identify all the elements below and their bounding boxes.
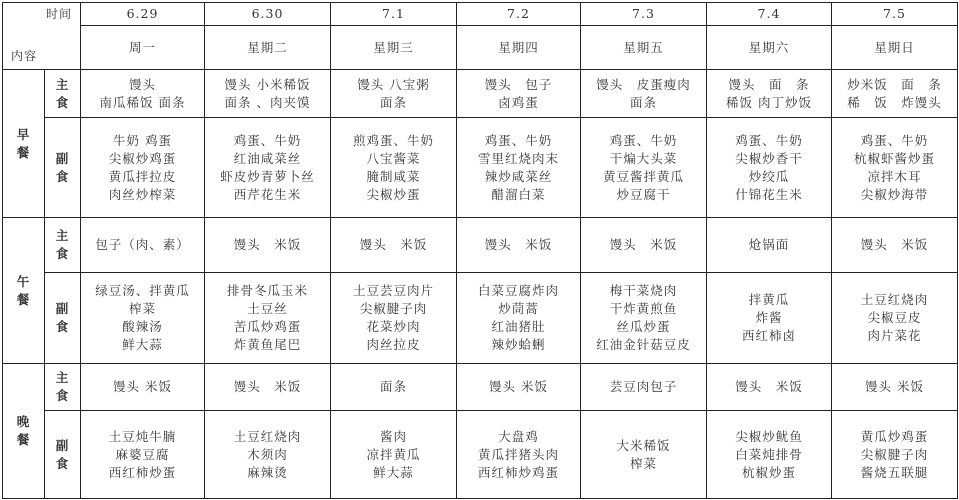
staple-dish-cell: 馒头 八宝粥面条 — [331, 70, 457, 118]
dish-line: 土豆红烧肉 — [207, 428, 328, 446]
meal-name-char: 餐 — [5, 144, 42, 162]
dish-line: 馒头 米饭 — [459, 236, 578, 254]
dish-line: 尖椒腱子肉 — [333, 300, 454, 318]
side-dish-cell: 鸡蛋、牛奶雪里红烧肉末辣炒咸菜丝醋溜白菜 — [457, 118, 581, 218]
dish-line: 西芹花生米 — [207, 186, 328, 204]
category-char: 主 — [47, 76, 78, 94]
staple-dish-cell: 馒头 皮蛋瘦肉面条 — [581, 70, 707, 118]
dish-line: 木须肉 — [207, 446, 328, 464]
dish-line: 炸酱 — [709, 309, 829, 327]
staple-dish-cell: 炝锅面 — [707, 218, 832, 273]
dish-line: 西红柿卤 — [709, 327, 829, 345]
weekday-row: 内容 周一 星期二 星期三 星期四 星期五 星期六 星期日 — [3, 26, 958, 70]
dish-line: 红油猪肚 — [459, 318, 578, 336]
dish-line: 馒头 米饭 — [207, 236, 328, 254]
dish-line: 尖椒豆皮 — [834, 309, 955, 327]
meal-row-staple: 午餐主食包子（肉、素）馒头 米饭馒头 米饭馒头 米饭馒头 米饭炝锅面馒头 米饭 — [3, 218, 958, 273]
dish-line: 馒头 — [83, 76, 202, 94]
dish-line: 尖椒炒香干 — [709, 150, 829, 168]
dish-line: 炒茼蒿 — [459, 300, 578, 318]
staple-dish-cell: 馒头 米饭 — [832, 218, 958, 273]
meal-row-staple: 晚餐主食馒头 米饭馒头 米饭面条馒头 米饭芸豆肉包子馒头 米饭馒头 米饭 — [3, 364, 958, 411]
staple-dish-cell: 馒头 米饭 — [707, 364, 832, 411]
dish-line: 馒头 米饭 — [83, 378, 202, 396]
side-dish-cell: 土豆炖牛腩麻婆豆腐西红柿炒蛋 — [81, 411, 205, 499]
side-dish-cell: 鸡蛋、牛奶尖椒炒香干炒绞瓜什锦花生米 — [707, 118, 832, 218]
date-cell: 7.5 — [832, 3, 958, 26]
dish-line: 牛奶 鸡蛋 — [83, 132, 202, 150]
date-row: 时间 6.29 6.30 7.1 7.2 7.3 7.4 7.5 — [3, 3, 958, 26]
category-char: 食 — [47, 168, 78, 186]
side-dish-cell: 煎鸡蛋、牛奶八宝酱菜腌制咸菜尖椒炒蛋 — [331, 118, 457, 218]
staple-dish-cell: 面条 — [331, 364, 457, 411]
category-char: 主 — [47, 227, 78, 245]
dish-line: 鸡蛋、牛奶 — [834, 132, 955, 150]
dish-line: 麻辣烫 — [207, 464, 328, 482]
staple-category-cell: 主食 — [45, 70, 81, 118]
dish-line: 鲜大蒜 — [83, 336, 202, 354]
dish-line: 酱烧五联腿 — [834, 464, 955, 482]
side-dish-cell: 鸡蛋、牛奶红油咸菜丝虾皮炒青萝卜丝西芹花生米 — [205, 118, 331, 218]
dish-line: 黄瓜拌拉皮 — [83, 168, 202, 186]
dish-line: 白菜炖排骨 — [709, 446, 829, 464]
meal-row-side: 副食土豆炖牛腩麻婆豆腐西红柿炒蛋土豆红烧肉木须肉麻辣烫酱肉凉拌黄瓜鲜大蒜大盘鸡黄… — [3, 411, 958, 499]
corner-header-bottom: 内容 — [3, 26, 81, 70]
side-dish-cell: 绿豆汤、拌黄瓜榨菜酸辣汤鲜大蒜 — [81, 273, 205, 364]
category-char: 副 — [47, 300, 78, 318]
dish-line: 馒头 米饭 — [834, 378, 955, 396]
dish-line: 凉拌木耳 — [834, 168, 955, 186]
dish-line: 面条 — [333, 94, 454, 112]
dish-line: 醋溜白菜 — [459, 186, 578, 204]
dish-line: 虾皮炒青萝卜丝 — [207, 168, 328, 186]
dish-line: 酸辣汤 — [83, 318, 202, 336]
staple-dish-cell: 包子（肉、素） — [81, 218, 205, 273]
weekday-cell: 星期六 — [707, 26, 832, 70]
staple-dish-cell: 馒头 米饭 — [331, 218, 457, 273]
dish-line: 辣炒咸菜丝 — [459, 168, 578, 186]
side-dish-cell: 大盘鸡黄瓜拌猪头肉西红柿炒鸡蛋 — [457, 411, 581, 499]
dish-line: 土豆炖牛腩 — [83, 428, 202, 446]
meal-row-side: 副食牛奶 鸡蛋尖椒炒鸡蛋黄瓜拌拉皮肉丝炒榨菜鸡蛋、牛奶红油咸菜丝虾皮炒青萝卜丝西… — [3, 118, 958, 218]
staple-category-cell: 主食 — [45, 218, 81, 273]
side-category-cell: 副食 — [45, 273, 81, 364]
dish-line: 凉拌黄瓜 — [333, 446, 454, 464]
dish-line: 鸡蛋、牛奶 — [207, 132, 328, 150]
category-char: 主 — [47, 369, 78, 387]
dish-line: 馒头 米饭 — [709, 378, 829, 396]
category-char: 食 — [47, 387, 78, 405]
dish-line: 榨菜 — [83, 300, 202, 318]
dish-line: 炝锅面 — [709, 236, 829, 254]
dish-line: 西红柿炒鸡蛋 — [459, 464, 578, 482]
dish-line: 肉片菜花 — [834, 327, 955, 345]
dish-line: 黄瓜拌猪头肉 — [459, 446, 578, 464]
dish-line: 红油咸菜丝 — [207, 150, 328, 168]
dish-line: 八宝酱菜 — [333, 150, 454, 168]
dish-line: 炒绞瓜 — [709, 168, 829, 186]
dish-line: 鲜大蒜 — [333, 464, 454, 482]
dish-line: 麻婆豆腐 — [83, 446, 202, 464]
category-char: 副 — [47, 437, 78, 455]
date-cell: 7.4 — [707, 3, 832, 26]
dish-line: 肉丝炒榨菜 — [83, 186, 202, 204]
dish-line: 拌黄瓜 — [709, 291, 829, 309]
dish-line: 馒头 包子 — [459, 76, 578, 94]
meal-row-staple: 早餐主食馒头南瓜稀饭 面条馒头 小米稀饭面条 、肉夹馍馒头 八宝粥面条馒头 包子… — [3, 70, 958, 118]
dish-line: 大米稀饭 — [583, 437, 704, 455]
meal-row-side: 副食绿豆汤、拌黄瓜榨菜酸辣汤鲜大蒜排骨冬瓜玉米土豆丝苦瓜炒鸡蛋炸黄鱼尾巴土豆芸豆… — [3, 273, 958, 364]
dish-line: 酱肉 — [333, 428, 454, 446]
weekday-cell: 星期五 — [581, 26, 707, 70]
dish-line: 稀 饭 炸馒头 — [834, 94, 955, 112]
dish-line: 芸豆肉包子 — [583, 378, 704, 396]
dish-line: 丝瓜炒蛋 — [583, 318, 704, 336]
dish-line: 面条 — [333, 378, 454, 396]
side-dish-cell: 尖椒炒鱿鱼白菜炖排骨杭椒炒蛋 — [707, 411, 832, 499]
weekday-cell: 星期二 — [205, 26, 331, 70]
dish-line: 黄瓜炒鸡蛋 — [834, 428, 955, 446]
side-dish-cell: 鸡蛋、牛奶干煸大头菜黄豆酱拌黄瓜炒豆腐干 — [581, 118, 707, 218]
dish-line: 馒头 八宝粥 — [333, 76, 454, 94]
side-dish-cell: 排骨冬瓜玉米土豆丝苦瓜炒鸡蛋炸黄鱼尾巴 — [205, 273, 331, 364]
dish-line: 炸黄鱼尾巴 — [207, 336, 328, 354]
dish-line: 杭椒虾酱炒蛋 — [834, 150, 955, 168]
dish-line: 馒头 小米稀饭 — [207, 76, 328, 94]
dish-line: 馒头 米饭 — [583, 236, 704, 254]
date-cell: 7.2 — [457, 3, 581, 26]
dish-line: 馒头 米饭 — [459, 378, 578, 396]
dish-line: 大盘鸡 — [459, 428, 578, 446]
dish-line: 什锦花生米 — [709, 186, 829, 204]
dish-line: 干炸黄煎鱼 — [583, 300, 704, 318]
side-category-cell: 副食 — [45, 118, 81, 218]
dish-line: 红油金针菇豆皮 — [583, 336, 704, 354]
weekday-cell: 星期四 — [457, 26, 581, 70]
dish-line: 馒头 米饭 — [207, 378, 328, 396]
staple-dish-cell: 馒头 小米稀饭面条 、肉夹馍 — [205, 70, 331, 118]
meal-name-char: 早 — [5, 126, 42, 144]
date-cell: 6.29 — [81, 3, 205, 26]
date-cell: 6.30 — [205, 3, 331, 26]
dish-line: 辣炒蛤蜊 — [459, 336, 578, 354]
staple-dish-cell: 芸豆肉包子 — [581, 364, 707, 411]
weekday-cell: 周一 — [81, 26, 205, 70]
dish-line: 西红柿炒蛋 — [83, 464, 202, 482]
category-char: 食 — [47, 94, 78, 112]
dish-line: 花菜炒肉 — [333, 318, 454, 336]
category-char: 食 — [47, 245, 78, 263]
staple-dish-cell: 炒米饭 面 条稀 饭 炸馒头 — [832, 70, 958, 118]
staple-dish-cell: 馒头 米饭 — [205, 218, 331, 273]
category-char: 副 — [47, 150, 78, 168]
time-label: 时间 — [46, 5, 72, 23]
side-category-cell: 副食 — [45, 411, 81, 499]
dish-line: 炒豆腐干 — [583, 186, 704, 204]
dish-line: 馒头 米饭 — [834, 236, 955, 254]
dish-line: 尖椒炒蛋 — [333, 186, 454, 204]
dish-line: 排骨冬瓜玉米 — [207, 282, 328, 300]
meal-name-char: 午 — [5, 273, 42, 291]
dish-line: 土豆芸豆肉片 — [333, 282, 454, 300]
dish-line: 鸡蛋、牛奶 — [459, 132, 578, 150]
staple-dish-cell: 馒头 米饭 — [581, 218, 707, 273]
content-label: 内容 — [11, 47, 37, 65]
dish-line: 黄豆酱拌黄瓜 — [583, 168, 704, 186]
staple-dish-cell: 馒头 米饭 — [205, 364, 331, 411]
date-cell: 7.1 — [331, 3, 457, 26]
staple-dish-cell: 馒头南瓜稀饭 面条 — [81, 70, 205, 118]
dish-line: 尖椒炒鸡蛋 — [83, 150, 202, 168]
side-dish-cell: 土豆红烧肉木须肉麻辣烫 — [205, 411, 331, 499]
side-dish-cell: 梅干菜烧肉干炸黄煎鱼丝瓜炒蛋红油金针菇豆皮 — [581, 273, 707, 364]
dish-line: 尖椒炒海带 — [834, 186, 955, 204]
side-dish-cell: 大米稀饭榨菜 — [581, 411, 707, 499]
side-dish-cell: 鸡蛋、牛奶杭椒虾酱炒蛋凉拌木耳尖椒炒海带 — [832, 118, 958, 218]
dish-line: 煎鸡蛋、牛奶 — [333, 132, 454, 150]
dish-line: 馒头 米饭 — [333, 236, 454, 254]
date-cell: 7.3 — [581, 3, 707, 26]
dish-line: 梅干菜烧肉 — [583, 282, 704, 300]
dish-line: 干煸大头菜 — [583, 150, 704, 168]
dish-line: 杭椒炒蛋 — [709, 464, 829, 482]
dish-line: 馒头 皮蛋瘦肉 — [583, 76, 704, 94]
side-dish-cell: 土豆红烧肉尖椒豆皮肉片菜花 — [832, 273, 958, 364]
weekday-cell: 星期日 — [832, 26, 958, 70]
dish-line: 腌制咸菜 — [333, 168, 454, 186]
meal-name-cell: 晚餐 — [3, 364, 45, 499]
dish-line: 面条 — [583, 94, 704, 112]
dish-line: 肉丝拉皮 — [333, 336, 454, 354]
dish-line: 南瓜稀饭 面条 — [83, 94, 202, 112]
dish-line: 面条 、肉夹馍 — [207, 94, 328, 112]
dish-line: 土豆丝 — [207, 300, 328, 318]
staple-category-cell: 主食 — [45, 364, 81, 411]
dish-line: 土豆红烧肉 — [834, 291, 955, 309]
dish-line: 稀饭 肉丁炒饭 — [709, 94, 829, 112]
dish-line: 榨菜 — [583, 455, 704, 473]
staple-dish-cell: 馒头 米饭 — [832, 364, 958, 411]
dish-line: 苦瓜炒鸡蛋 — [207, 318, 328, 336]
dish-line: 卤鸡蛋 — [459, 94, 578, 112]
meal-name-cell: 早餐 — [3, 70, 45, 218]
weekday-cell: 星期三 — [331, 26, 457, 70]
dish-line: 炒米饭 面 条 — [834, 76, 955, 94]
corner-header: 时间 — [3, 3, 81, 26]
staple-dish-cell: 馒头 米饭 — [81, 364, 205, 411]
category-char: 食 — [47, 318, 78, 336]
meal-name-char: 餐 — [5, 431, 42, 449]
staple-dish-cell: 馒头 包子卤鸡蛋 — [457, 70, 581, 118]
staple-dish-cell: 馒头 米饭 — [457, 364, 581, 411]
meal-name-char: 餐 — [5, 291, 42, 309]
dish-line: 尖椒腱子肉 — [834, 446, 955, 464]
dish-line: 白菜豆腐炸肉 — [459, 282, 578, 300]
dish-line: 包子（肉、素） — [83, 236, 202, 254]
staple-dish-cell: 馒头 面 条稀饭 肉丁炒饭 — [707, 70, 832, 118]
side-dish-cell: 拌黄瓜炸酱西红柿卤 — [707, 273, 832, 364]
dish-line: 绿豆汤、拌黄瓜 — [83, 282, 202, 300]
side-dish-cell: 牛奶 鸡蛋尖椒炒鸡蛋黄瓜拌拉皮肉丝炒榨菜 — [81, 118, 205, 218]
meal-name-cell: 午餐 — [3, 218, 45, 364]
side-dish-cell: 白菜豆腐炸肉炒茼蒿红油猪肚辣炒蛤蜊 — [457, 273, 581, 364]
meal-name-char: 晚 — [5, 413, 42, 431]
staple-dish-cell: 馒头 米饭 — [457, 218, 581, 273]
dish-line: 鸡蛋、牛奶 — [583, 132, 704, 150]
dish-line: 雪里红烧肉末 — [459, 150, 578, 168]
side-dish-cell: 土豆芸豆肉片尖椒腱子肉花菜炒肉肉丝拉皮 — [331, 273, 457, 364]
dish-line: 尖椒炒鱿鱼 — [709, 428, 829, 446]
dish-line: 馒头 面 条 — [709, 76, 829, 94]
dish-line: 鸡蛋、牛奶 — [709, 132, 829, 150]
side-dish-cell: 酱肉凉拌黄瓜鲜大蒜 — [331, 411, 457, 499]
category-char: 食 — [47, 455, 78, 473]
side-dish-cell: 黄瓜炒鸡蛋尖椒腱子肉酱烧五联腿 — [832, 411, 958, 499]
weekly-menu-table: 时间 6.29 6.30 7.1 7.2 7.3 7.4 7.5 内容 周一 星… — [2, 2, 958, 499]
